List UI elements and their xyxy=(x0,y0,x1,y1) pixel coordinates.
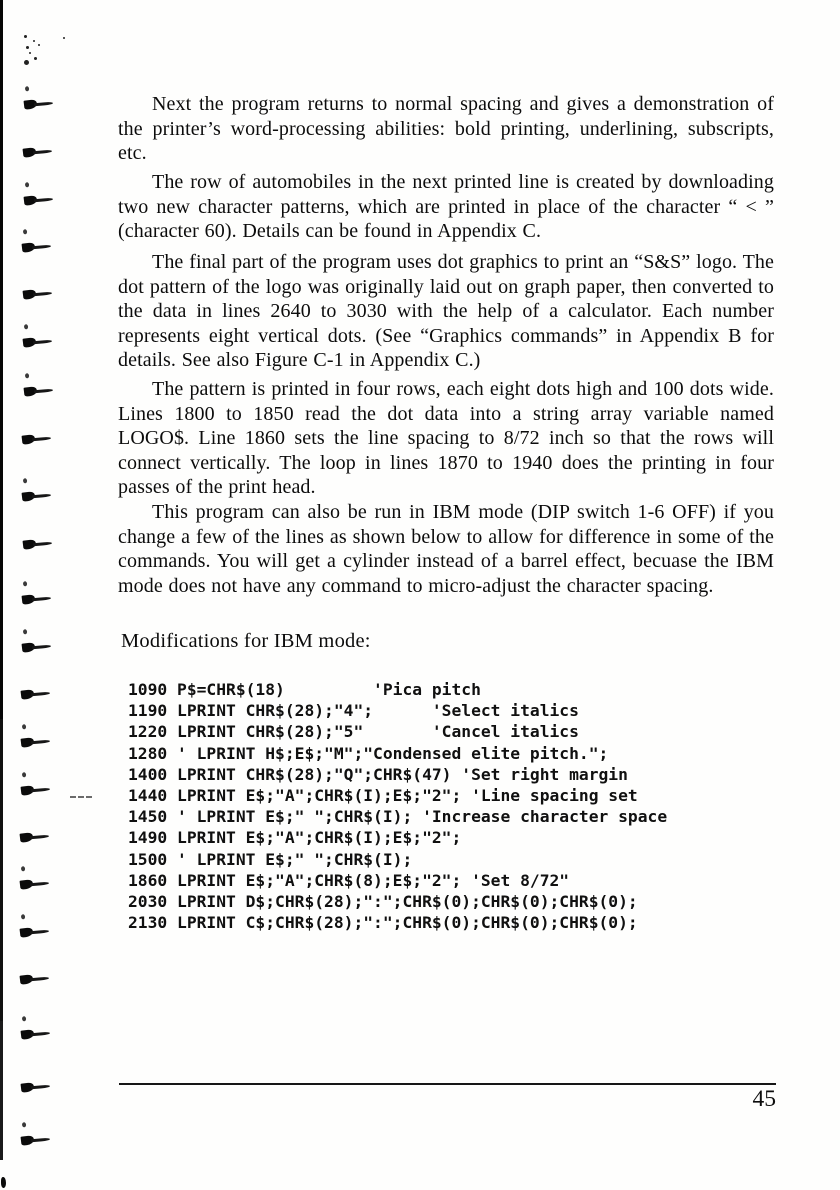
code-line: 1190 LPRINT CHR$(28);"4"; 'Select italic… xyxy=(128,700,667,721)
binding-smudge-mark xyxy=(21,689,35,700)
code-line: 1450 ' LPRINT E$;" ";CHR$(I); 'Increase … xyxy=(128,806,667,827)
code-line: 1440 LPRINT E$;"A";CHR$(I);E$;"2"; 'Line… xyxy=(128,785,667,806)
section-heading: Modifications for IBM mode: xyxy=(121,630,371,653)
binding-smudge-mark xyxy=(22,491,36,502)
binding-smudge-mark xyxy=(23,337,37,348)
paragraph-automobiles: The row of automobiles in the next print… xyxy=(118,170,774,244)
code-line: 1400 LPRINT CHR$(28);"Q";CHR$(47) 'Set r… xyxy=(128,764,667,785)
code-line: 2130 LPRINT C$;CHR$(28);":";CHR$(0);CHR$… xyxy=(128,912,667,933)
binding-smudge-mark xyxy=(24,386,38,397)
binding-smudge-mark xyxy=(22,594,36,605)
binding-smudge-mark xyxy=(23,289,37,300)
code-line: 1500 ' LPRINT E$;" ";CHR$(I); xyxy=(128,849,667,870)
code-listing: 1090 P$=CHR$(18) 'Pica pitch1190 LPRINT … xyxy=(128,679,667,933)
scan-speck-dot xyxy=(34,57,37,60)
code-line: 1090 P$=CHR$(18) 'Pica pitch xyxy=(128,679,667,700)
binding-smudge-mark xyxy=(21,785,35,796)
binding-smudge-mark xyxy=(20,832,34,843)
scan-edge-bar xyxy=(0,0,3,1160)
binding-smudge-mark xyxy=(21,737,35,748)
scan-speck-dot xyxy=(24,60,29,65)
binding-smudge-mark xyxy=(24,195,38,206)
binding-smudge-mark xyxy=(20,879,34,890)
binding-smudge-mark xyxy=(22,642,36,653)
binding-smudge-mark xyxy=(21,1082,35,1093)
binding-smudge-mark xyxy=(21,1029,35,1040)
scanned-manual-page: Next the program returns to normal spaci… xyxy=(0,0,840,1190)
paragraph-ibm-mode: This program can also be run in IBM mode… xyxy=(118,500,774,598)
paragraph-pattern-rows: The pattern is printed in four rows, eac… xyxy=(118,377,774,500)
binding-smudge-mark xyxy=(22,242,36,253)
scan-speck-dot xyxy=(33,40,35,42)
binding-smudge-mark xyxy=(23,147,37,158)
footer-rule xyxy=(119,1083,776,1085)
code-line: 1490 LPRINT E$;"A";CHR$(I);E$;"2"; xyxy=(128,827,667,848)
binding-smudge-mark xyxy=(20,974,34,985)
binding-smudge-mark xyxy=(22,434,36,445)
code-line: 2030 LPRINT D$;CHR$(28);":";CHR$(0);CHR$… xyxy=(128,891,667,912)
code-line: 1280 ' LPRINT H$;E$;"M";"Condensed elite… xyxy=(128,743,667,764)
code-line: 1220 LPRINT CHR$(28);"5" 'Cancel italics xyxy=(128,721,667,742)
scan-speck-dot xyxy=(38,44,40,46)
code-line: 1860 LPRINT E$;"A";CHR$(8);E$;"2"; 'Set … xyxy=(128,870,667,891)
binding-smudge-mark xyxy=(21,1135,35,1146)
bottom-edge-speck xyxy=(1,1177,6,1188)
scan-speck-dot xyxy=(24,35,27,38)
margin-dash-mark xyxy=(70,796,92,798)
scan-speck-dot xyxy=(26,46,29,49)
paragraph-ss-logo: The final part of the program uses dot g… xyxy=(118,250,774,373)
page-number: 45 xyxy=(690,1086,776,1113)
scan-speck-dot xyxy=(29,52,31,54)
paragraph-normal-spacing: Next the program returns to normal spaci… xyxy=(118,92,774,166)
scan-speck-dot xyxy=(63,37,65,39)
binding-smudge-mark xyxy=(24,99,38,110)
binding-smudge-mark xyxy=(20,927,34,938)
binding-smudge-mark xyxy=(23,539,37,550)
